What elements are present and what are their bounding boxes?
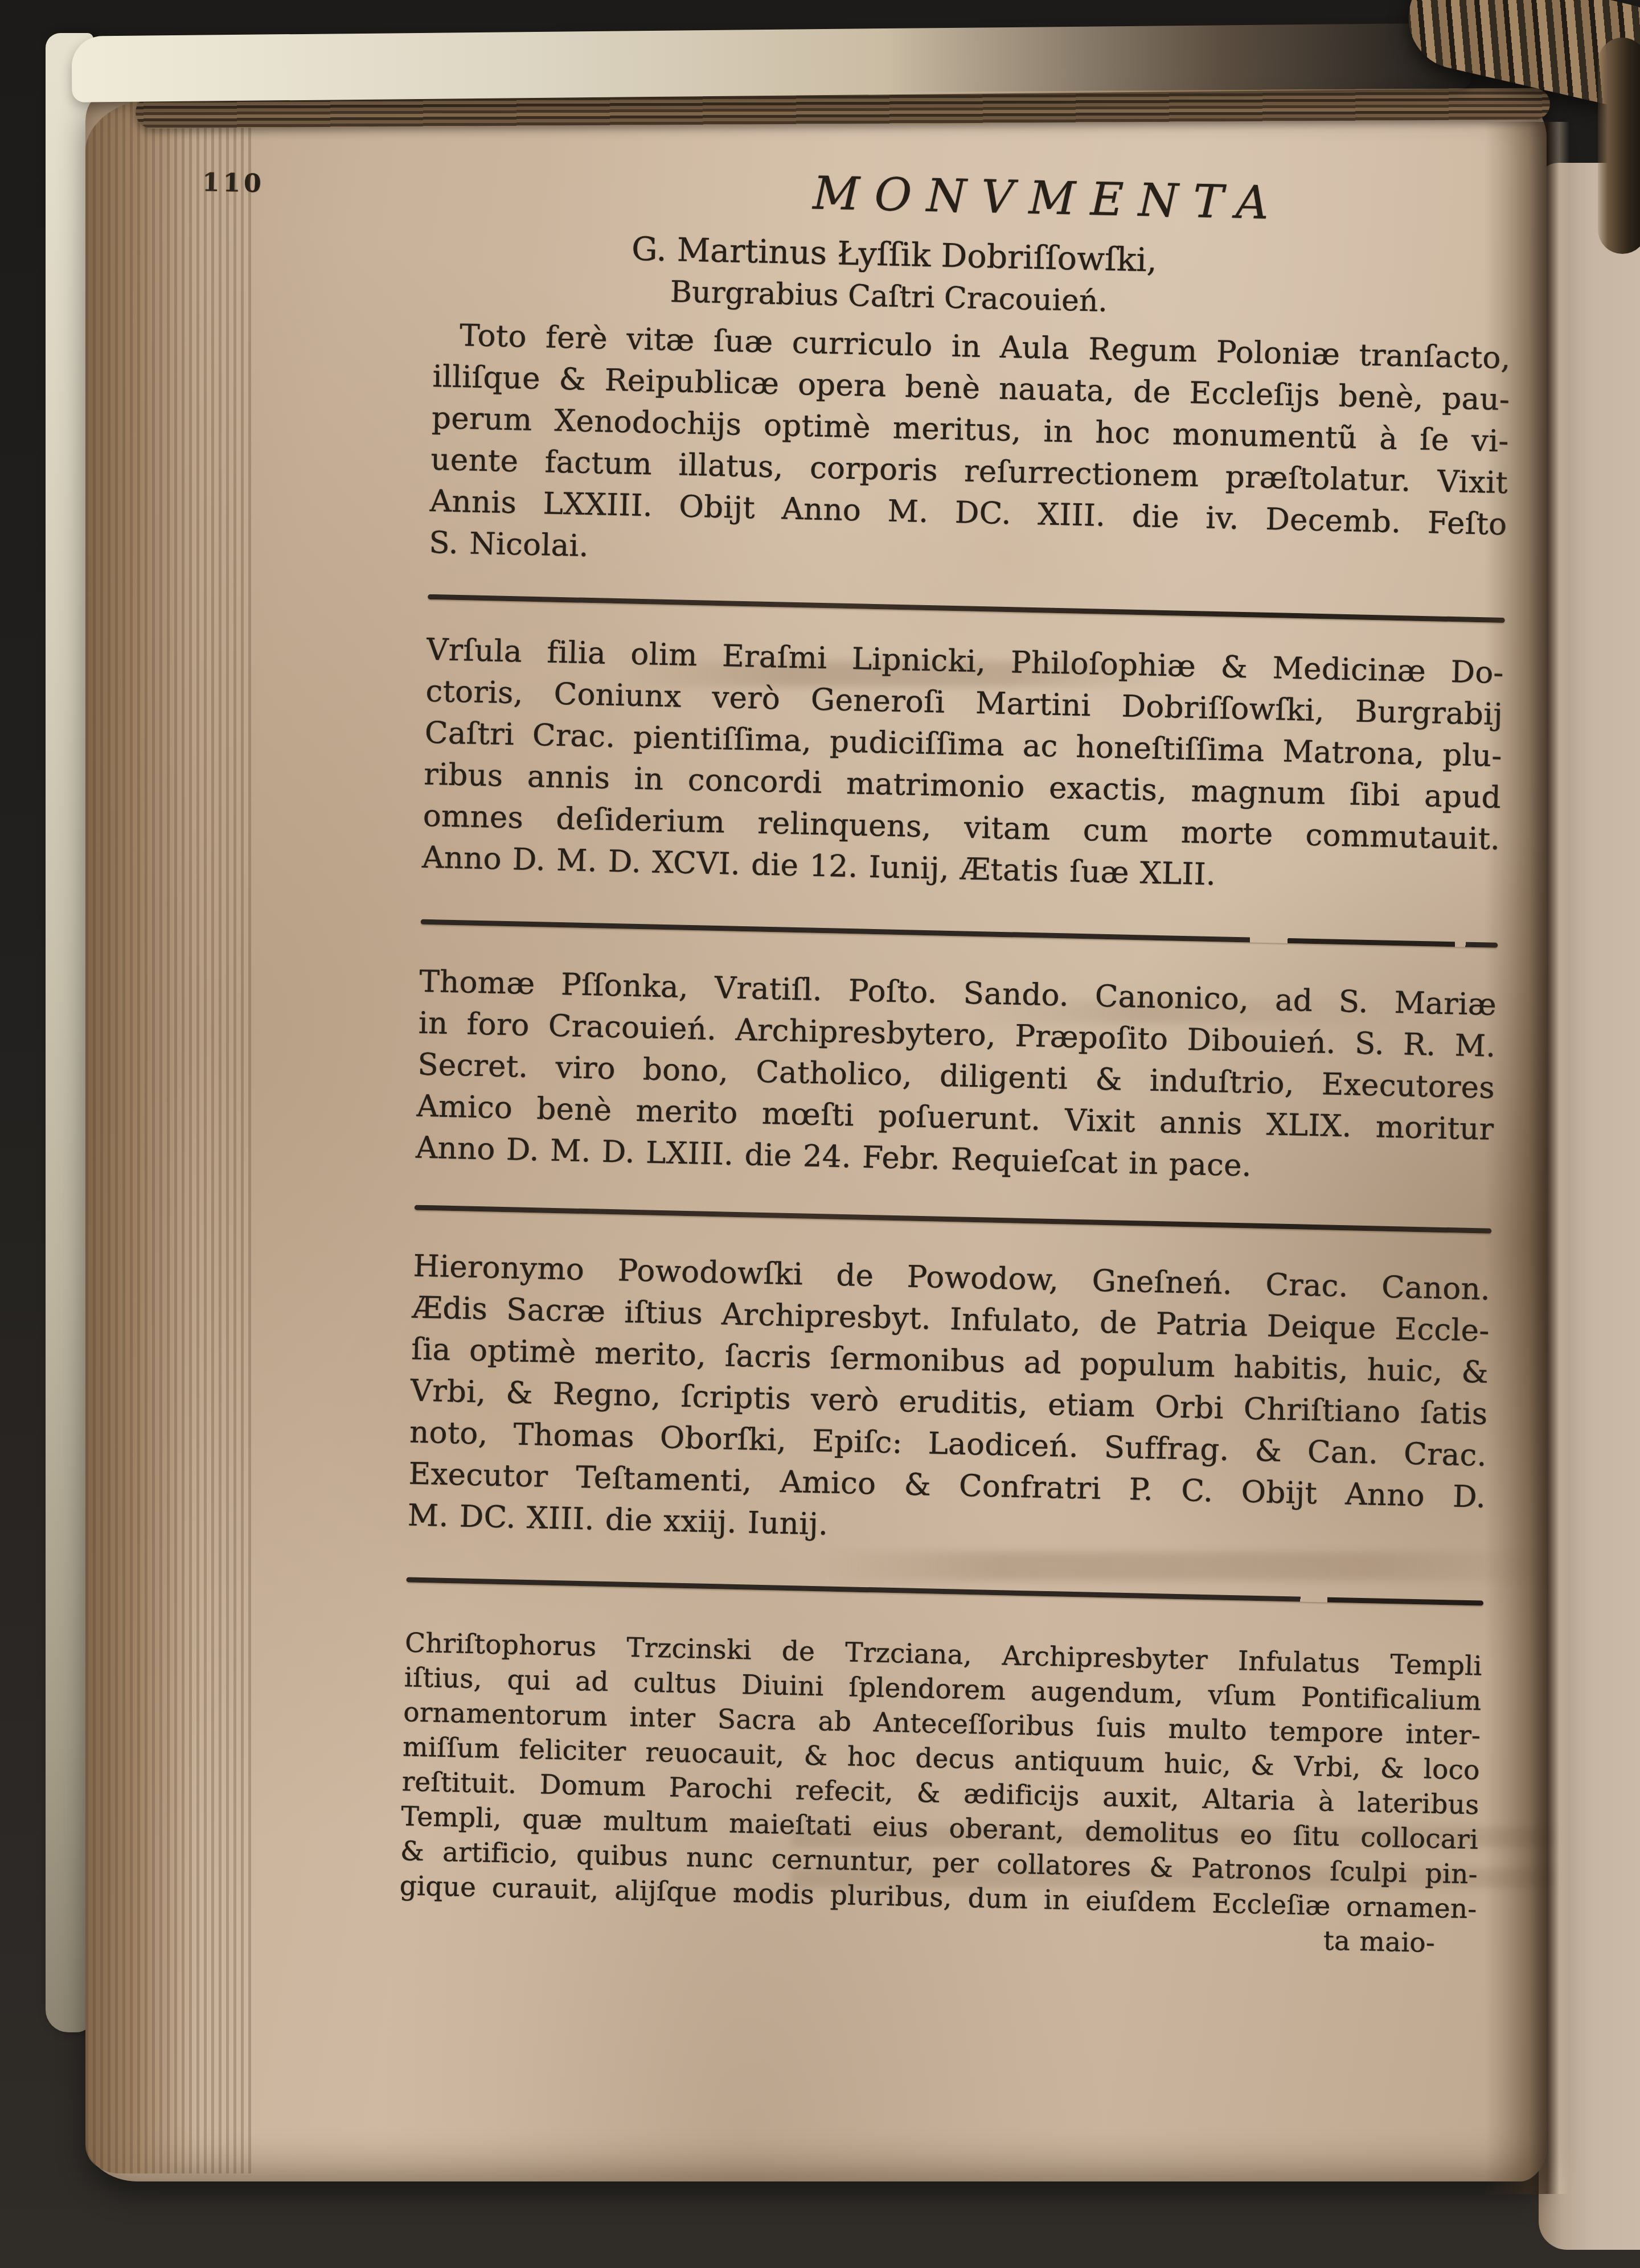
epitaph-paragraph-4: Hieronymo Powodowſki de Powodow, Gneſneń… bbox=[407, 1246, 1491, 1560]
vellum-turnin-highlight bbox=[71, 23, 1471, 102]
left-page-stack-edge bbox=[85, 97, 254, 2173]
epitaph-heading: G. Martinus Łyſſik Dobriſſowſki, Burgrab… bbox=[434, 223, 1513, 331]
running-head-title: MONVMENTA bbox=[509, 160, 1588, 236]
book-scan-scene: 110 MONVMENTA G. Martinus Łyſſik Dobriſſ… bbox=[0, 0, 1640, 2268]
separator-rule bbox=[415, 1205, 1492, 1234]
separator-rule bbox=[406, 1577, 1483, 1605]
epitaph-paragraph-2: Vrſula filia olim Eraſmi Lipnicki, Philo… bbox=[421, 629, 1504, 902]
epitaph-paragraph-3: Thomæ Pſſonka, Vratiſl. Poſto. Sando. Ca… bbox=[415, 961, 1497, 1192]
separator-rule bbox=[428, 594, 1505, 623]
text-block: 110 MONVMENTA G. Martinus Łyſſik Dobriſſ… bbox=[399, 158, 1515, 1962]
book-page: 110 MONVMENTA G. Martinus Łyſſik Dobriſſ… bbox=[85, 97, 1547, 2181]
gutter-crease bbox=[1485, 122, 1569, 2194]
epitaph-paragraph-5: Chriſtophorus Trzcinski de Trzciana, Arc… bbox=[399, 1625, 1483, 1961]
separator-rule bbox=[421, 919, 1498, 948]
epitaph-paragraph-1: Toto ferè vitæ ſuæ curriculo in Aula Reg… bbox=[428, 314, 1511, 587]
spine-roll bbox=[1598, 38, 1640, 254]
